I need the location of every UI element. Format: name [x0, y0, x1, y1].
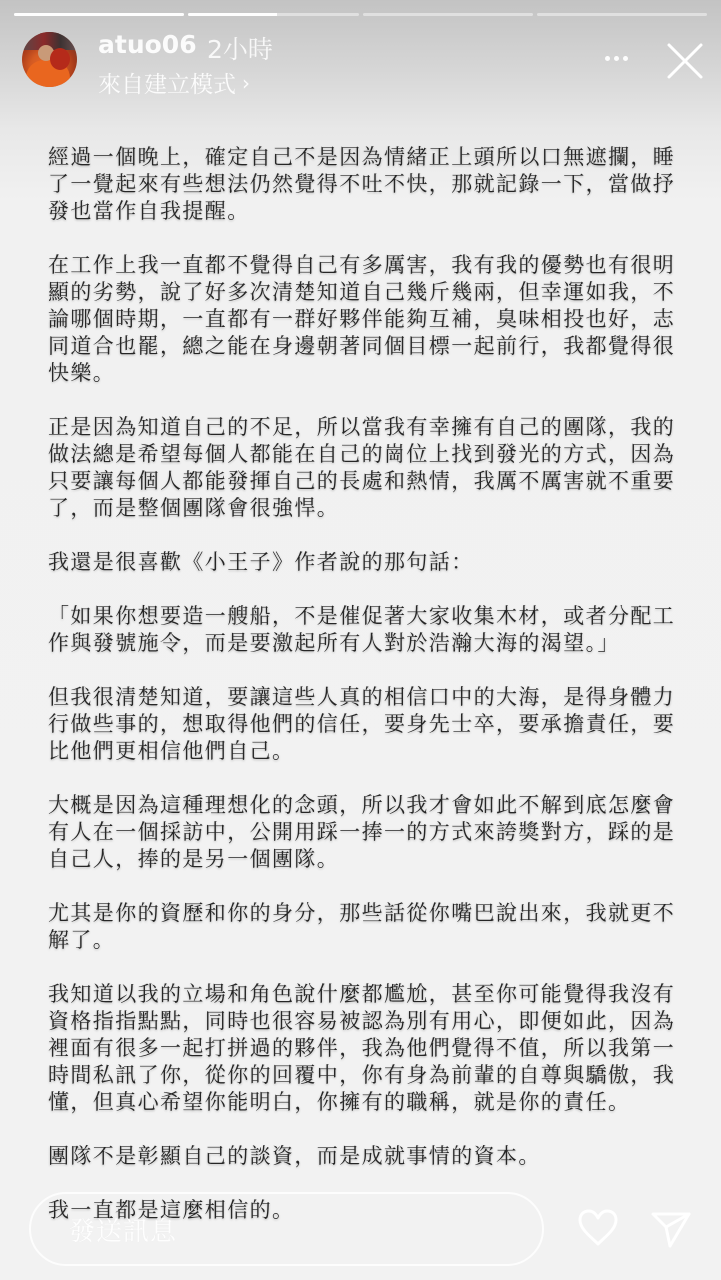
- like-button[interactable]: [576, 1208, 620, 1248]
- story-header: atuo06 2小時 來自建立模式 ›: [0, 30, 721, 94]
- more-horizontal-icon: [605, 56, 610, 61]
- more-options-button[interactable]: [598, 46, 634, 70]
- quote-paragraph: 「如果你想要造一艘船，不是催促著大家收集木材，或者分配工作與發號施令，而是要激起…: [48, 603, 676, 657]
- message-placeholder: 發送訊息: [69, 1211, 177, 1248]
- progress-segment-3[interactable]: [363, 13, 533, 16]
- send-icon: [650, 1208, 692, 1250]
- more-horizontal-icon: [614, 56, 619, 61]
- paragraph: 我知道以我的立場和角色說什麼都尷尬，甚至你可能覺得我沒有資格指指點點，同時也很容…: [48, 981, 676, 1116]
- progress-segment-2[interactable]: [188, 13, 358, 16]
- paragraph: 但我很清楚知道，要讓這些人真的相信口中的大海，是得身體力行做些事的，想取得他們的…: [48, 684, 676, 765]
- progress-segment-4[interactable]: [537, 13, 707, 16]
- paragraph: 我還是很喜歡《小王子》作者說的那句話：: [48, 549, 676, 576]
- paragraph: 尤其是你的資歷和你的身分，那些話從你嘴巴說出來，我就更不解了。: [48, 900, 676, 954]
- chevron-right-icon: ›: [242, 71, 250, 95]
- heart-icon: [576, 1208, 620, 1248]
- username-link[interactable]: atuo06: [98, 30, 197, 59]
- paragraph: 大概是因為這種理想化的念頭，所以我才會如此不解到底怎麼會有人在一個採訪中，公開用…: [48, 792, 676, 873]
- close-icon: [664, 40, 706, 82]
- more-horizontal-icon: [623, 56, 628, 61]
- source-label: 來自建立模式: [98, 66, 236, 99]
- story-footer: 發送訊息: [0, 1190, 721, 1266]
- paragraph: 團隊不是彰顯自己的談資，而是成就事情的資本。: [48, 1143, 676, 1170]
- avatar-bouquet: [50, 48, 70, 70]
- story-text-content: 經過一個晚上，確定自己不是因為情緒正上頭所以口無遮攔，睡了一覺起來有些想法仍然覺…: [48, 144, 676, 1251]
- post-timestamp: 2小時: [207, 30, 273, 66]
- paragraph: 經過一個晚上，確定自己不是因為情緒正上頭所以口無遮攔，睡了一覺起來有些想法仍然覺…: [48, 144, 676, 225]
- send-button[interactable]: [650, 1208, 692, 1250]
- progress-fill: [188, 13, 277, 16]
- close-button[interactable]: [664, 40, 706, 82]
- paragraph: 在工作上我一直都不覺得自己有多厲害，我有我的優勢也有很明顯的劣勢，說了好多次清楚…: [48, 252, 676, 387]
- paragraph: 正是因為知道自己的不足，所以當我有幸擁有自己的團隊，我的做法總是希望每個人都能在…: [48, 414, 676, 522]
- story-progress-bar: [14, 13, 707, 17]
- progress-segment-1[interactable]: [14, 13, 184, 16]
- avatar[interactable]: [22, 32, 77, 87]
- send-message-input[interactable]: 發送訊息: [29, 1192, 544, 1266]
- source-link[interactable]: 來自建立模式 ›: [98, 66, 250, 99]
- progress-fill: [14, 13, 184, 16]
